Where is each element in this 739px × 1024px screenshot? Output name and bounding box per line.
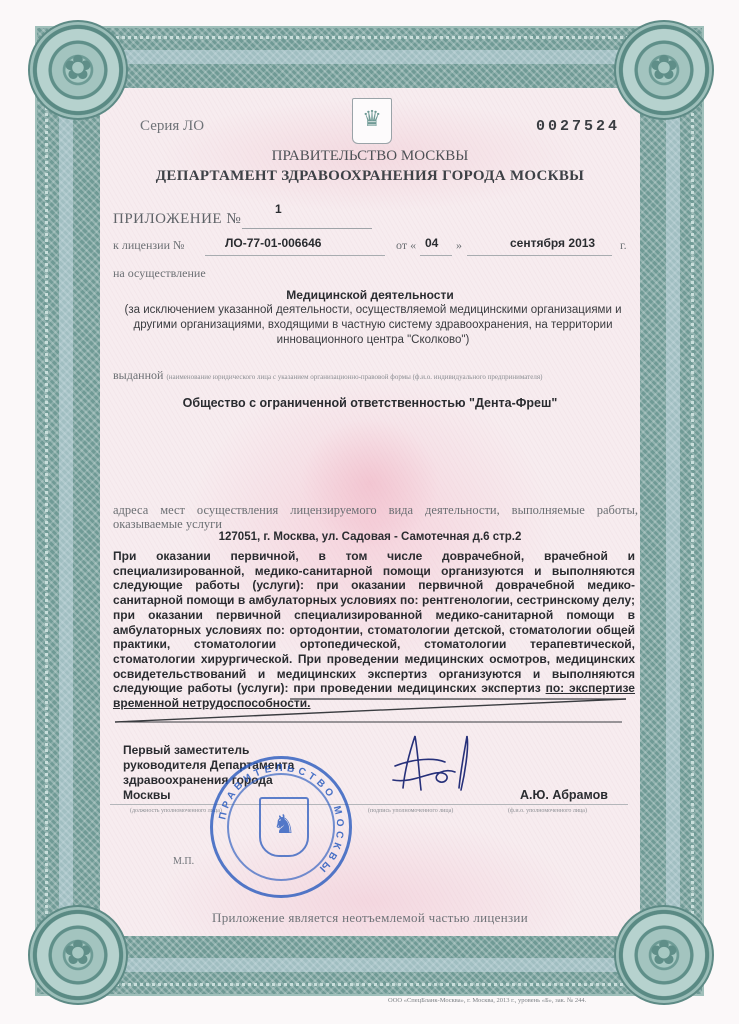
activity-title: Медицинской деятельности [100,288,640,302]
coat-of-arms-icon: ♛ [352,98,392,144]
seal-place-label: М.П. [173,856,194,867]
license-appendix-sheet: Серия ЛО ♛ 0027524 ПРАВИТЕЛЬСТВО МОСКВЫ … [100,88,640,936]
activity-note: (за исключением указанной деятельности, … [108,303,638,348]
corner-rosette-icon [28,905,128,1005]
signatory-name: А.Ю. Абрамов [520,788,608,802]
license-number: ЛО-77-01-006646 [225,236,321,250]
caption-position: (должность уполномоченного лица) [130,808,222,814]
year-suffix: г. [620,238,627,253]
corner-rosette-icon [614,905,714,1005]
government-title: ПРАВИТЕЛЬСТВО МОСКВЫ [100,148,640,165]
license-month-year: сентября 2013 [510,236,595,250]
serial-number: 0027524 [536,118,620,135]
handwritten-signature-icon [385,728,475,798]
moscow-coat-of-arms-icon: ♞ [259,797,309,857]
works-text: При оказании первичной, в том числе довр… [113,549,635,695]
corner-rosette-icon [614,20,714,120]
caption-signature: (подпись уполномоченного лица) [368,808,453,814]
address-label: адреса мест осуществления лицензируемого… [113,503,638,531]
printer-imprint: ООО «СпецБланк-Москва», г. Москва, 2013 … [388,997,586,1004]
date-prefix: от « [396,238,416,253]
works-description: При оказании первичной, в том числе довр… [113,549,635,711]
caption-name: (ф.и.о. уполномоченного лица) [508,808,587,814]
issued-label: выданной [113,368,163,382]
signature-line [110,804,628,805]
address-value: 127051, г. Москва, ул. Садовая - Самотеч… [100,531,640,543]
official-stamp: ПРАВИТЕЛЬСТВО МОСКВЫ ♞ [210,756,352,898]
issued-hint: (наименование юридического лица с указан… [166,373,542,381]
appendix-number: 1 [275,202,282,216]
appendix-number-line [242,228,372,229]
license-label: к лицензии № [113,238,184,253]
department-title: ДЕПАРТАМЕНТ ЗДРАВООХРАНЕНИЯ ГОРОДА МОСКВ… [100,168,640,185]
organization-name: Общество с ограниченной ответственностью… [100,396,640,410]
appendix-label: ПРИЛОЖЕНИЕ № [113,211,241,228]
corner-rosette-icon [28,20,128,120]
blank-space-strike-line [110,698,628,728]
series-label: Серия ЛО [140,118,204,135]
month-line [467,255,612,256]
appendix-footer-note: Приложение является неотъемлемой частью … [100,910,640,926]
issued-to-row: выданной (наименование юридического лица… [113,368,542,383]
date-quote-close: » [456,238,462,253]
activity-label: на осуществление [113,266,206,281]
day-line [420,255,452,256]
license-number-line [205,255,385,256]
license-day: 04 [425,236,438,250]
